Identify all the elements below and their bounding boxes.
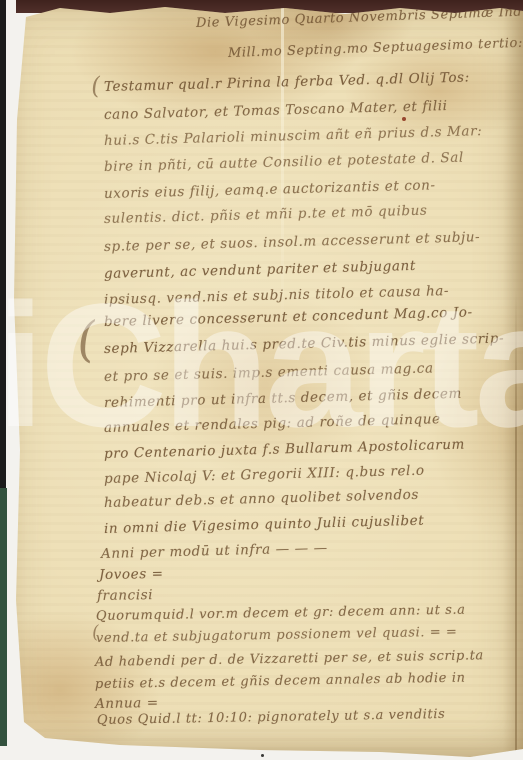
scan-edge-left-black (0, 0, 6, 490)
manuscript-line: petiis et.s decem et gñis decem annales … (95, 671, 466, 692)
manuscript-line: ipsiusq. vend.nis et subj.nis titolo et … (104, 283, 450, 308)
manuscript-line: Testamur qual.r Pirina la ferba Ved. q.d… (104, 69, 470, 95)
manuscript-line: hui.s C.tis Palarioli minuscim añt eñ pr… (104, 123, 483, 149)
manuscript-line: sulentis. dict. pñis et mñi p.te et mō q… (104, 203, 428, 227)
manuscript-line: pape Nicolaj V: et Gregorii XIII: q.bus … (104, 463, 425, 487)
manuscript-line: et pro se et suis. imp.s ementi causa ma… (104, 360, 434, 385)
date-heading-line: Mill.mo Septing.mo Septuagesimo tertio: … (228, 34, 523, 61)
manuscript-line: rehimenti pro ut infra tt.s decem, et gñ… (104, 386, 462, 411)
ink-blot (402, 117, 406, 121)
manuscript-line: gaverunt, ac vendunt pariter et subjugan… (104, 258, 416, 282)
scanned-document: Die Vigesimo Quarto Novembris Septimæ In… (0, 0, 523, 760)
manuscript-line: sp.te per se, et suos. insol.m accesseru… (104, 229, 481, 255)
manuscript-line: Ad habendi per d. de Vizzaretti per se, … (95, 648, 484, 670)
manuscript-line: francisi (97, 587, 153, 604)
manuscript-line: bire in pñti, cū autte Consilio et potes… (104, 150, 464, 175)
manuscript-line: Anni per modū ut infra — — — (101, 540, 328, 562)
manuscript-line: in omni die Vigesimo quinto Julii cujusl… (104, 513, 425, 537)
margin-bracket-mark: ( (90, 74, 101, 99)
manuscript-line: cano Salvator, et Tomas Toscano Mater, e… (104, 98, 448, 123)
page-fold-line (515, 290, 517, 760)
margin-bracket-mark: ( (75, 315, 97, 364)
manuscript-line: Jovoes = (99, 566, 164, 583)
handwritten-text-block: Die Vigesimo Quarto Novembris Septimæ In… (0, 0, 523, 760)
manuscript-line: habeatur deb.s et anno quolibet solvendo… (104, 487, 419, 511)
manuscript-page: Die Vigesimo Quarto Novembris Septimæ In… (0, 0, 523, 760)
manuscript-line: pro Centenario juxta f.s Bullarum Aposto… (104, 437, 465, 462)
scan-edge-left-green (0, 488, 7, 746)
manuscript-line: annuales et rendales pig: ad roñe de qui… (104, 411, 441, 436)
manuscript-line: Annua = (95, 695, 159, 712)
manuscript-line: vend.ta et subjugatorum possionem vel qu… (96, 625, 458, 646)
margin-bracket-mark: ( (91, 624, 99, 642)
manuscript-line: seph Vizzarella hui.s pred.te Civ.tis mi… (104, 331, 505, 357)
page-fold-shadow (503, 0, 523, 760)
manuscript-line: uxoris eius filij, eamq.e auctorizantis … (104, 177, 436, 202)
manuscript-line: bere livere concesserunt et concedunt Ma… (104, 304, 473, 330)
manuscript-line: Quorumquid.l vor.m decem et gr: decem an… (96, 603, 466, 624)
scan-speck (261, 754, 264, 757)
